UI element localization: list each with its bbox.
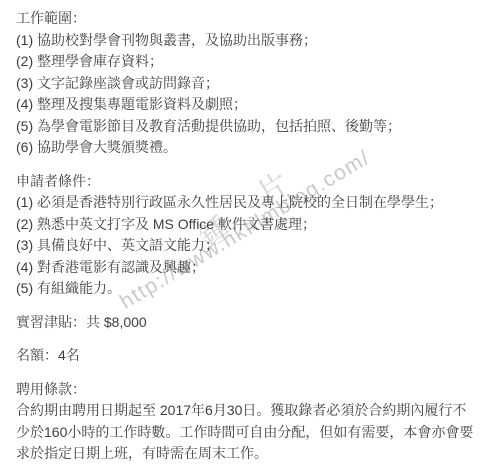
section-title: 申請者條件：	[16, 173, 100, 189]
document-body: 工作範圍：(1) 協助校對學會刊物與叢書，及協助出版事務；(2) 整理學會庫存資…	[16, 8, 476, 472]
section-line: (3) 文字記錄座談會或訪問錄音；	[16, 75, 219, 91]
section-title: 工作範圍：	[16, 10, 86, 26]
section-line: (4) 對香港電影有認識及興趣；	[16, 259, 205, 275]
section-title: 名額：4名	[16, 347, 80, 363]
section-line: (3) 具備良好中、英文語文能力；	[16, 237, 219, 253]
section-line: (5) 有組織能力。	[16, 280, 121, 296]
section: 名額：4名	[16, 345, 476, 367]
section-line: (1) 必須是香港特別行政區永久性居民及專上院校的全日制在學學生；	[16, 194, 443, 210]
section-line: (6) 協助學會大獎頒獎禮。	[16, 139, 177, 155]
job-posting-page: 鍾 片 http://www.hkfilmblog.com/ 工作範圍：(1) …	[0, 0, 486, 472]
section-line: (2) 熟悉中英文打字及 MS Office 軟件文書處理；	[16, 216, 316, 232]
section: 工作範圍：(1) 協助校對學會刊物與叢書，及協助出版事務；(2) 整理學會庫存資…	[16, 8, 476, 159]
section-line: (4) 整理及搜集專題電影資料及劇照；	[16, 96, 247, 112]
section: 實習津貼：共 $8,000	[16, 312, 476, 334]
section: 申請者條件：(1) 必須是香港特別行政區永久性居民及專上院校的全日制在學學生；(…	[16, 171, 476, 300]
section: 聘用條款：合約期由聘用日期起至 2017年6月30日。獲取錄者必須於合約期內履行…	[16, 379, 476, 465]
section-line: (5) 為學會電影節目及教育活動提供協助，包括拍照、後勤等；	[16, 118, 401, 134]
section-line: 合約期由聘用日期起至 2017年6月30日。獲取錄者必須於合約期內履行不少於16…	[16, 402, 473, 461]
section-title: 聘用條款：	[16, 381, 86, 397]
section-line: (1) 協助校對學會刊物與叢書，及協助出版事務；	[16, 32, 317, 48]
section-line: (2) 整理學會庫存資料；	[16, 53, 163, 69]
section-title: 實習津貼：共 $8,000	[16, 314, 147, 330]
